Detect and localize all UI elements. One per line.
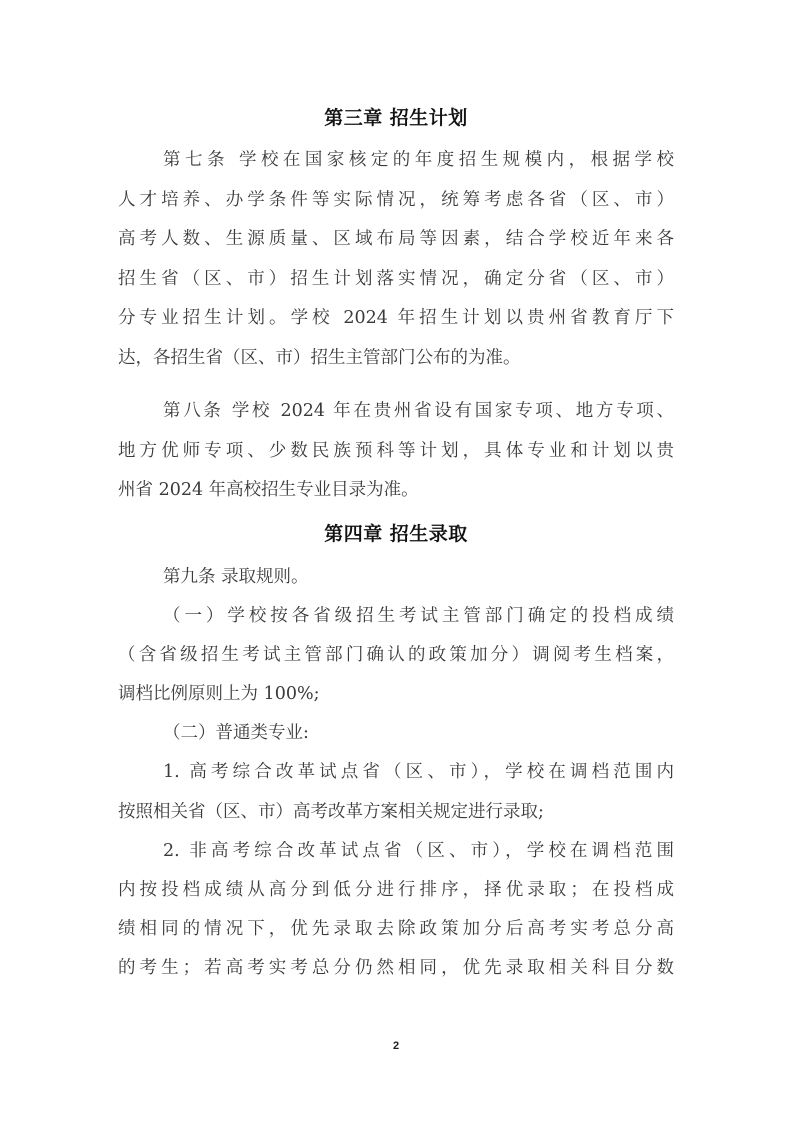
article-8-line-1: 第八条 学校 2024 年在贵州省设有国家专项、地方专项、 <box>163 399 674 423</box>
article-7-line-4: 招生省（区、市）招生计划落实情况，确定分省（区、市） <box>118 267 674 291</box>
article-7-line-2: 人才培养、办学条件等实际情况，统筹考虑各省（区、市） <box>118 188 674 212</box>
article-7-line-3: 高考人数、生源质量、区域布局等因素，结合学校近年来各 <box>118 227 674 251</box>
clause-1-line-3: 调档比例原则上为 100%; <box>118 682 674 706</box>
article-7-line-1: 第七条 学校在国家核定的年度招生规模内，根据学校 <box>163 148 674 172</box>
article-7-line-5: 分专业招生计划。学校 2024 年招生计划以贵州省教育厅下 <box>118 306 674 330</box>
clause-1-line-2: （含省级招生考试主管部门确认的政策加分）调阅考生档案， <box>118 643 674 667</box>
article-9-title: 第九条 录取规则。 <box>163 565 674 589</box>
clause-1-line-1: （一）学校按各省级招生考试主管部门确定的投档成绩 <box>163 604 674 628</box>
chapter-3-title: 第三章 招生计划 <box>0 106 792 130</box>
item-2-line-1: 2. 非高考综合改革试点省（区、市），学校在调档范围 <box>163 839 674 863</box>
clause-2-title: （二）普通类专业: <box>163 721 674 745</box>
item-2-line-3: 绩相同的情况下，优先录取去除政策加分后高考实考总分高 <box>118 917 674 941</box>
item-1-line-1: 1. 高考综合改革试点省（区、市），学校在调档范围内 <box>163 760 674 784</box>
page-number: 2 <box>0 1040 792 1052</box>
article-7-line-6: 达，各招生省（区、市）招生主管部门公布的为准。 <box>118 346 674 370</box>
item-2-line-4: 的考生；若高考实考总分仍然相同，优先录取相关科目分数 <box>118 956 674 980</box>
article-8-line-2: 地方优师专项、少数民族预科等计划，具体专业和计划以贵 <box>118 439 674 463</box>
document-page: 第三章 招生计划 第七条 学校在国家核定的年度招生规模内，根据学校 人才培养、办… <box>0 0 792 1122</box>
item-1-line-2: 按照相关省（区、市）高考改革方案相关规定进行录取; <box>118 800 674 824</box>
chapter-4-title: 第四章 招生录取 <box>0 522 792 546</box>
item-2-line-2: 内按投档成绩从高分到低分进行排序，择优录取；在投档成 <box>118 878 674 902</box>
article-8-line-3: 州省 2024 年高校招生专业目录为准。 <box>118 478 674 502</box>
